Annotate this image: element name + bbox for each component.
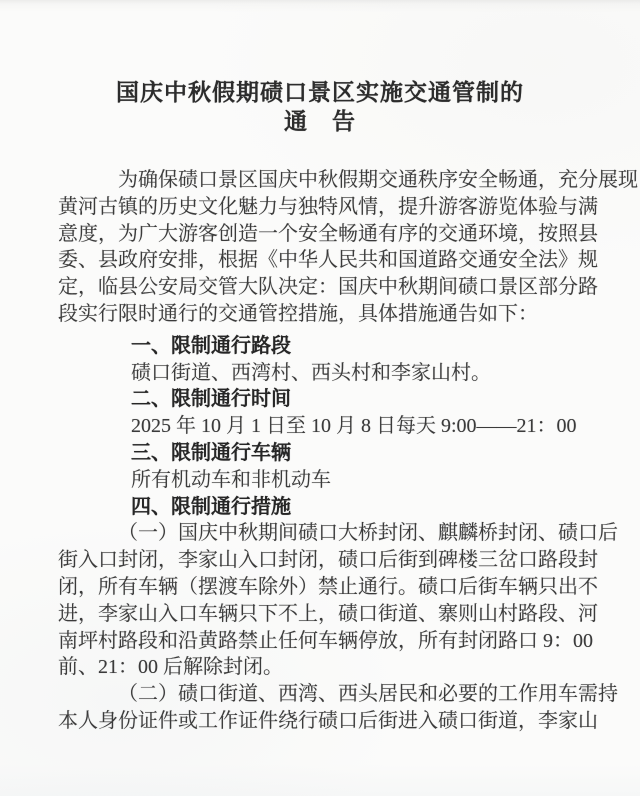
section-3-heading: 三、限制通行车辆 <box>58 440 580 467</box>
page-title: 国庆中秋假期碛口景区实施交通管制的 通 告 <box>0 78 640 136</box>
title-line-2: 通 告 <box>0 107 640 136</box>
measure-2-line-2: 本人身份证件或工作证件绕行碛口后街进入碛口街道，李家山 <box>58 708 580 735</box>
measure-1-line-1: （一）国庆中秋期间碛口大桥封闭、麒麟桥封闭、碛口后 <box>58 520 580 547</box>
section-3-content: 所有机动车和非机动车 <box>58 467 580 494</box>
measure-1-line-5: 南坪村路段和沿黄路禁止任何车辆停放，所有封闭路口 9：00 <box>58 628 580 655</box>
section-2-heading: 二、限制通行时间 <box>58 386 580 413</box>
section-1-content: 碛口街道、西湾村、西头村和李家山村。 <box>58 360 580 387</box>
measure-1-line-2: 街入口封闭，李家山入口封闭，碛口后街到碑楼三岔口路段封 <box>58 547 580 574</box>
measure-2-line-1: （二）碛口街道、西湾、西头居民和必要的工作用车需持 <box>58 681 580 708</box>
section-4-heading: 四、限制通行措施 <box>58 494 580 521</box>
measure-1-line-6: 前、21：00 后解除封闭。 <box>58 654 580 681</box>
intro-line-3: 意度，为广大游客创造一个安全畅通有序的交通环境，按照县 <box>58 221 580 248</box>
intro-line-6: 段实行限时通行的交通管控措施，具体措施通告如下： <box>58 301 580 328</box>
section-2-content: 2025 年 10 月 1 日至 10 月 8 日每天 9:00——21：00 <box>58 413 580 440</box>
measure-1-line-4: 进，李家山入口车辆只下不上，碛口街道、寨则山村路段、河 <box>58 601 580 628</box>
notice-page: 国庆中秋假期碛口景区实施交通管制的 通 告 为确保碛口景区国庆中秋假期交通秩序安… <box>0 0 640 796</box>
measure-1-line-3: 闭，所有车辆（摆渡车除外）禁止通行。碛口后街车辆只出不 <box>58 574 580 601</box>
title-line-1: 国庆中秋假期碛口景区实施交通管制的 <box>0 78 640 107</box>
intro-line-4: 委、县政府安排，根据《中华人民共和国道路交通安全法》规 <box>58 247 580 274</box>
section-1-heading: 一、限制通行路段 <box>58 333 580 360</box>
intro-line-5: 定，临县公安局交管大队决定：国庆中秋期间碛口景区部分路 <box>58 274 580 301</box>
notice-body: 为确保碛口景区国庆中秋假期交通秩序安全畅通，充分展现 黄河古镇的历史文化魅力与独… <box>58 167 580 735</box>
intro-line-1: 为确保碛口景区国庆中秋假期交通秩序安全畅通，充分展现 <box>58 167 580 194</box>
intro-line-2: 黄河古镇的历史文化魅力与独特风情，提升游客游览体验与满 <box>58 194 580 221</box>
